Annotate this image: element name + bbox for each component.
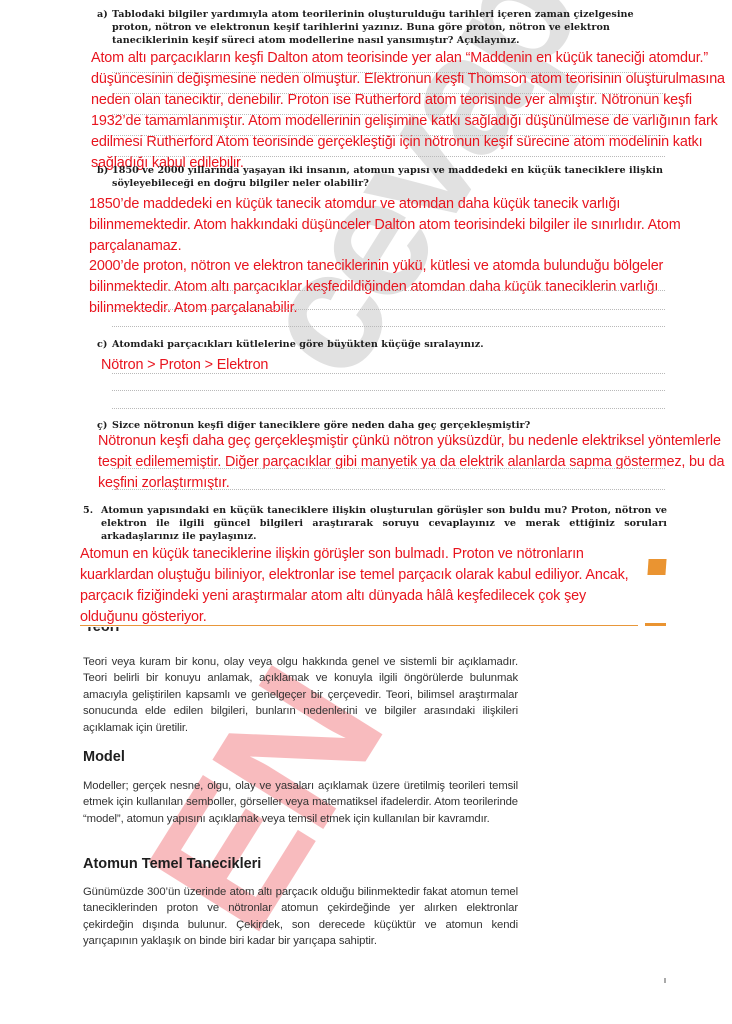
question-a-label: a) xyxy=(97,8,108,21)
question-c-label: c) xyxy=(97,338,107,351)
answer-5: Atomun en küçük taneciklerine ilişkin gö… xyxy=(80,544,645,628)
question-a: a) Tablodaki bilgiler yardımıyla atom te… xyxy=(112,8,667,47)
question-c: c) Atomdaki parçacıkları kütlelerine gör… xyxy=(112,338,667,351)
answer-cc: Nötronun keşfi daha geç gerçekleşmiştir … xyxy=(98,431,728,494)
tanecikler-heading: Atomun Temel Tanecikleri xyxy=(83,856,261,872)
answer-b-1850: 1850’de maddedeki en küçük tanecik atomd… xyxy=(89,194,719,257)
model-text: Modeller; gerçek nesne, olgu, olay ve ya… xyxy=(83,778,518,827)
page-tab-marker xyxy=(647,559,666,575)
question-a-text: Tablodaki bilgiler yardımıyla atom teori… xyxy=(112,9,634,46)
teori-heading: Teori xyxy=(85,627,119,636)
question-b: b) 1850 ve 2000 yıllarında yaşayan iki i… xyxy=(112,164,667,190)
question-c-text: Atomdaki parçacıkları kütlelerine göre b… xyxy=(112,339,484,350)
question-5-text: Atomun yapısındaki en küçük taneciklere … xyxy=(101,505,667,542)
question-5-label: 5. xyxy=(83,504,93,517)
teori-text: Teori veya kuram bir konu, olay veya olg… xyxy=(83,654,518,736)
question-b-text: 1850 ve 2000 yıllarında yaşayan iki insa… xyxy=(112,165,663,189)
page-mark xyxy=(664,978,666,983)
model-heading: Model xyxy=(83,749,125,765)
section-divider xyxy=(80,625,638,626)
question-5: 5. Atomun yapısındaki en küçük tanecikle… xyxy=(101,504,667,543)
page-tab-line xyxy=(645,623,666,626)
question-cc-text: Sizce nötronun keşfi diğer taneciklere g… xyxy=(112,420,530,431)
tanecikler-text: Günümüzde 300’ün üzerinde atom altı parç… xyxy=(83,884,518,950)
question-b-label: b) xyxy=(97,164,108,177)
